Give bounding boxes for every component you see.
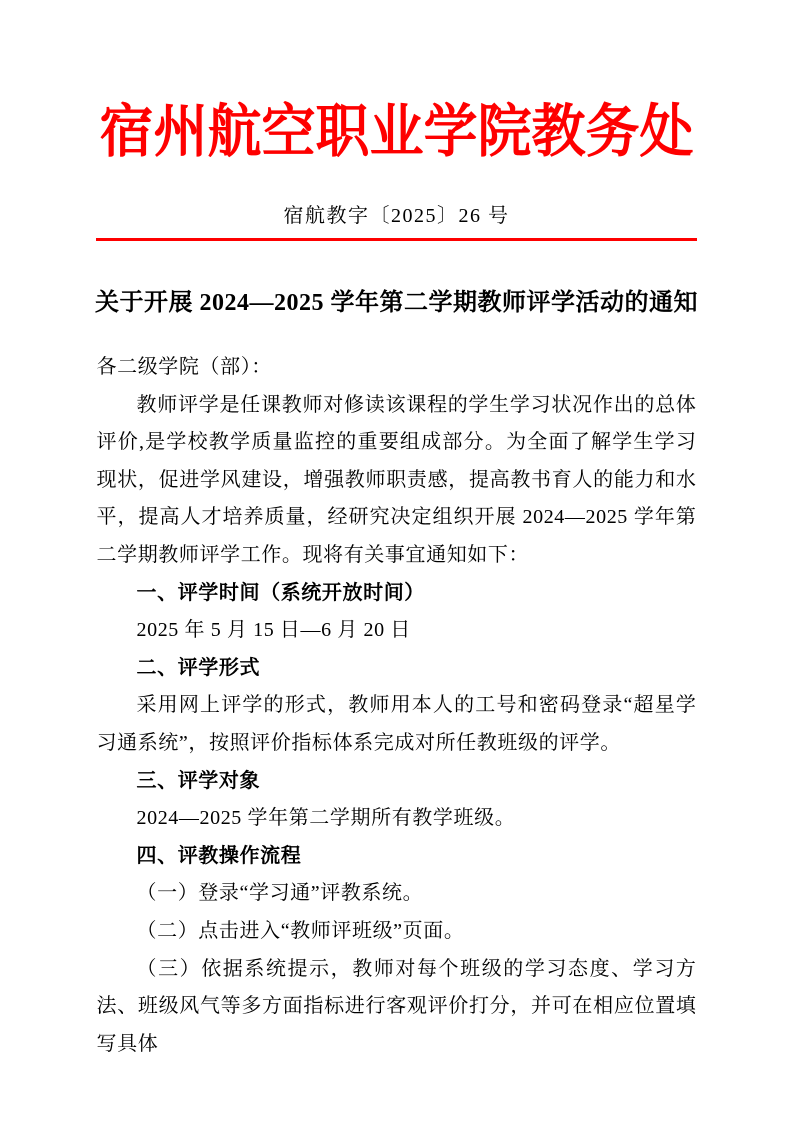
body-paragraph: 2025 年 5 月 15 日—6 月 20 日 bbox=[97, 612, 697, 650]
red-separator-line bbox=[96, 238, 697, 241]
body-paragraph: （一）登录“学习通”评教系统。 bbox=[97, 875, 697, 913]
issuer-title: 宿州航空职业学院教务处 bbox=[0, 94, 793, 170]
section-heading: 四、评教操作流程 bbox=[97, 838, 697, 876]
body-paragraph: 2024—2025 学年第二学期所有教学班级。 bbox=[97, 800, 697, 838]
document-page: 宿州航空职业学院教务处 宿航教字〔2025〕26 号 关于开展 2024—202… bbox=[0, 0, 793, 1122]
body-paragraph: 教师评学是任课教师对修读该课程的学生学习状况作出的总体评价,是学校教学质量监控的… bbox=[97, 387, 697, 575]
body-paragraph: （三）依据系统提示，教师对每个班级的学习态度、学习方法、班级风气等多方面指标进行… bbox=[97, 951, 697, 1064]
section-heading: 二、评学形式 bbox=[97, 650, 697, 688]
doc-number: 宿航教字〔2025〕26 号 bbox=[0, 202, 793, 230]
section-heading: 一、评学时间（系统开放时间） bbox=[97, 575, 697, 613]
body-paragraph: （二）点击进入“教师评班级”页面。 bbox=[97, 913, 697, 951]
body-paragraph: 采用网上评学的形式，教师用本人的工号和密码登录“超星学习通系统”，按照评价指标体… bbox=[97, 687, 697, 762]
document-body: 各二级学院（部）：教师评学是任课教师对修读该课程的学生学习状况作出的总体评价,是… bbox=[97, 349, 697, 1063]
notice-title: 关于开展 2024—2025 学年第二学期教师评学活动的通知 bbox=[0, 286, 793, 320]
body-paragraph: 各二级学院（部）： bbox=[97, 349, 697, 387]
section-heading: 三、评学对象 bbox=[97, 763, 697, 801]
